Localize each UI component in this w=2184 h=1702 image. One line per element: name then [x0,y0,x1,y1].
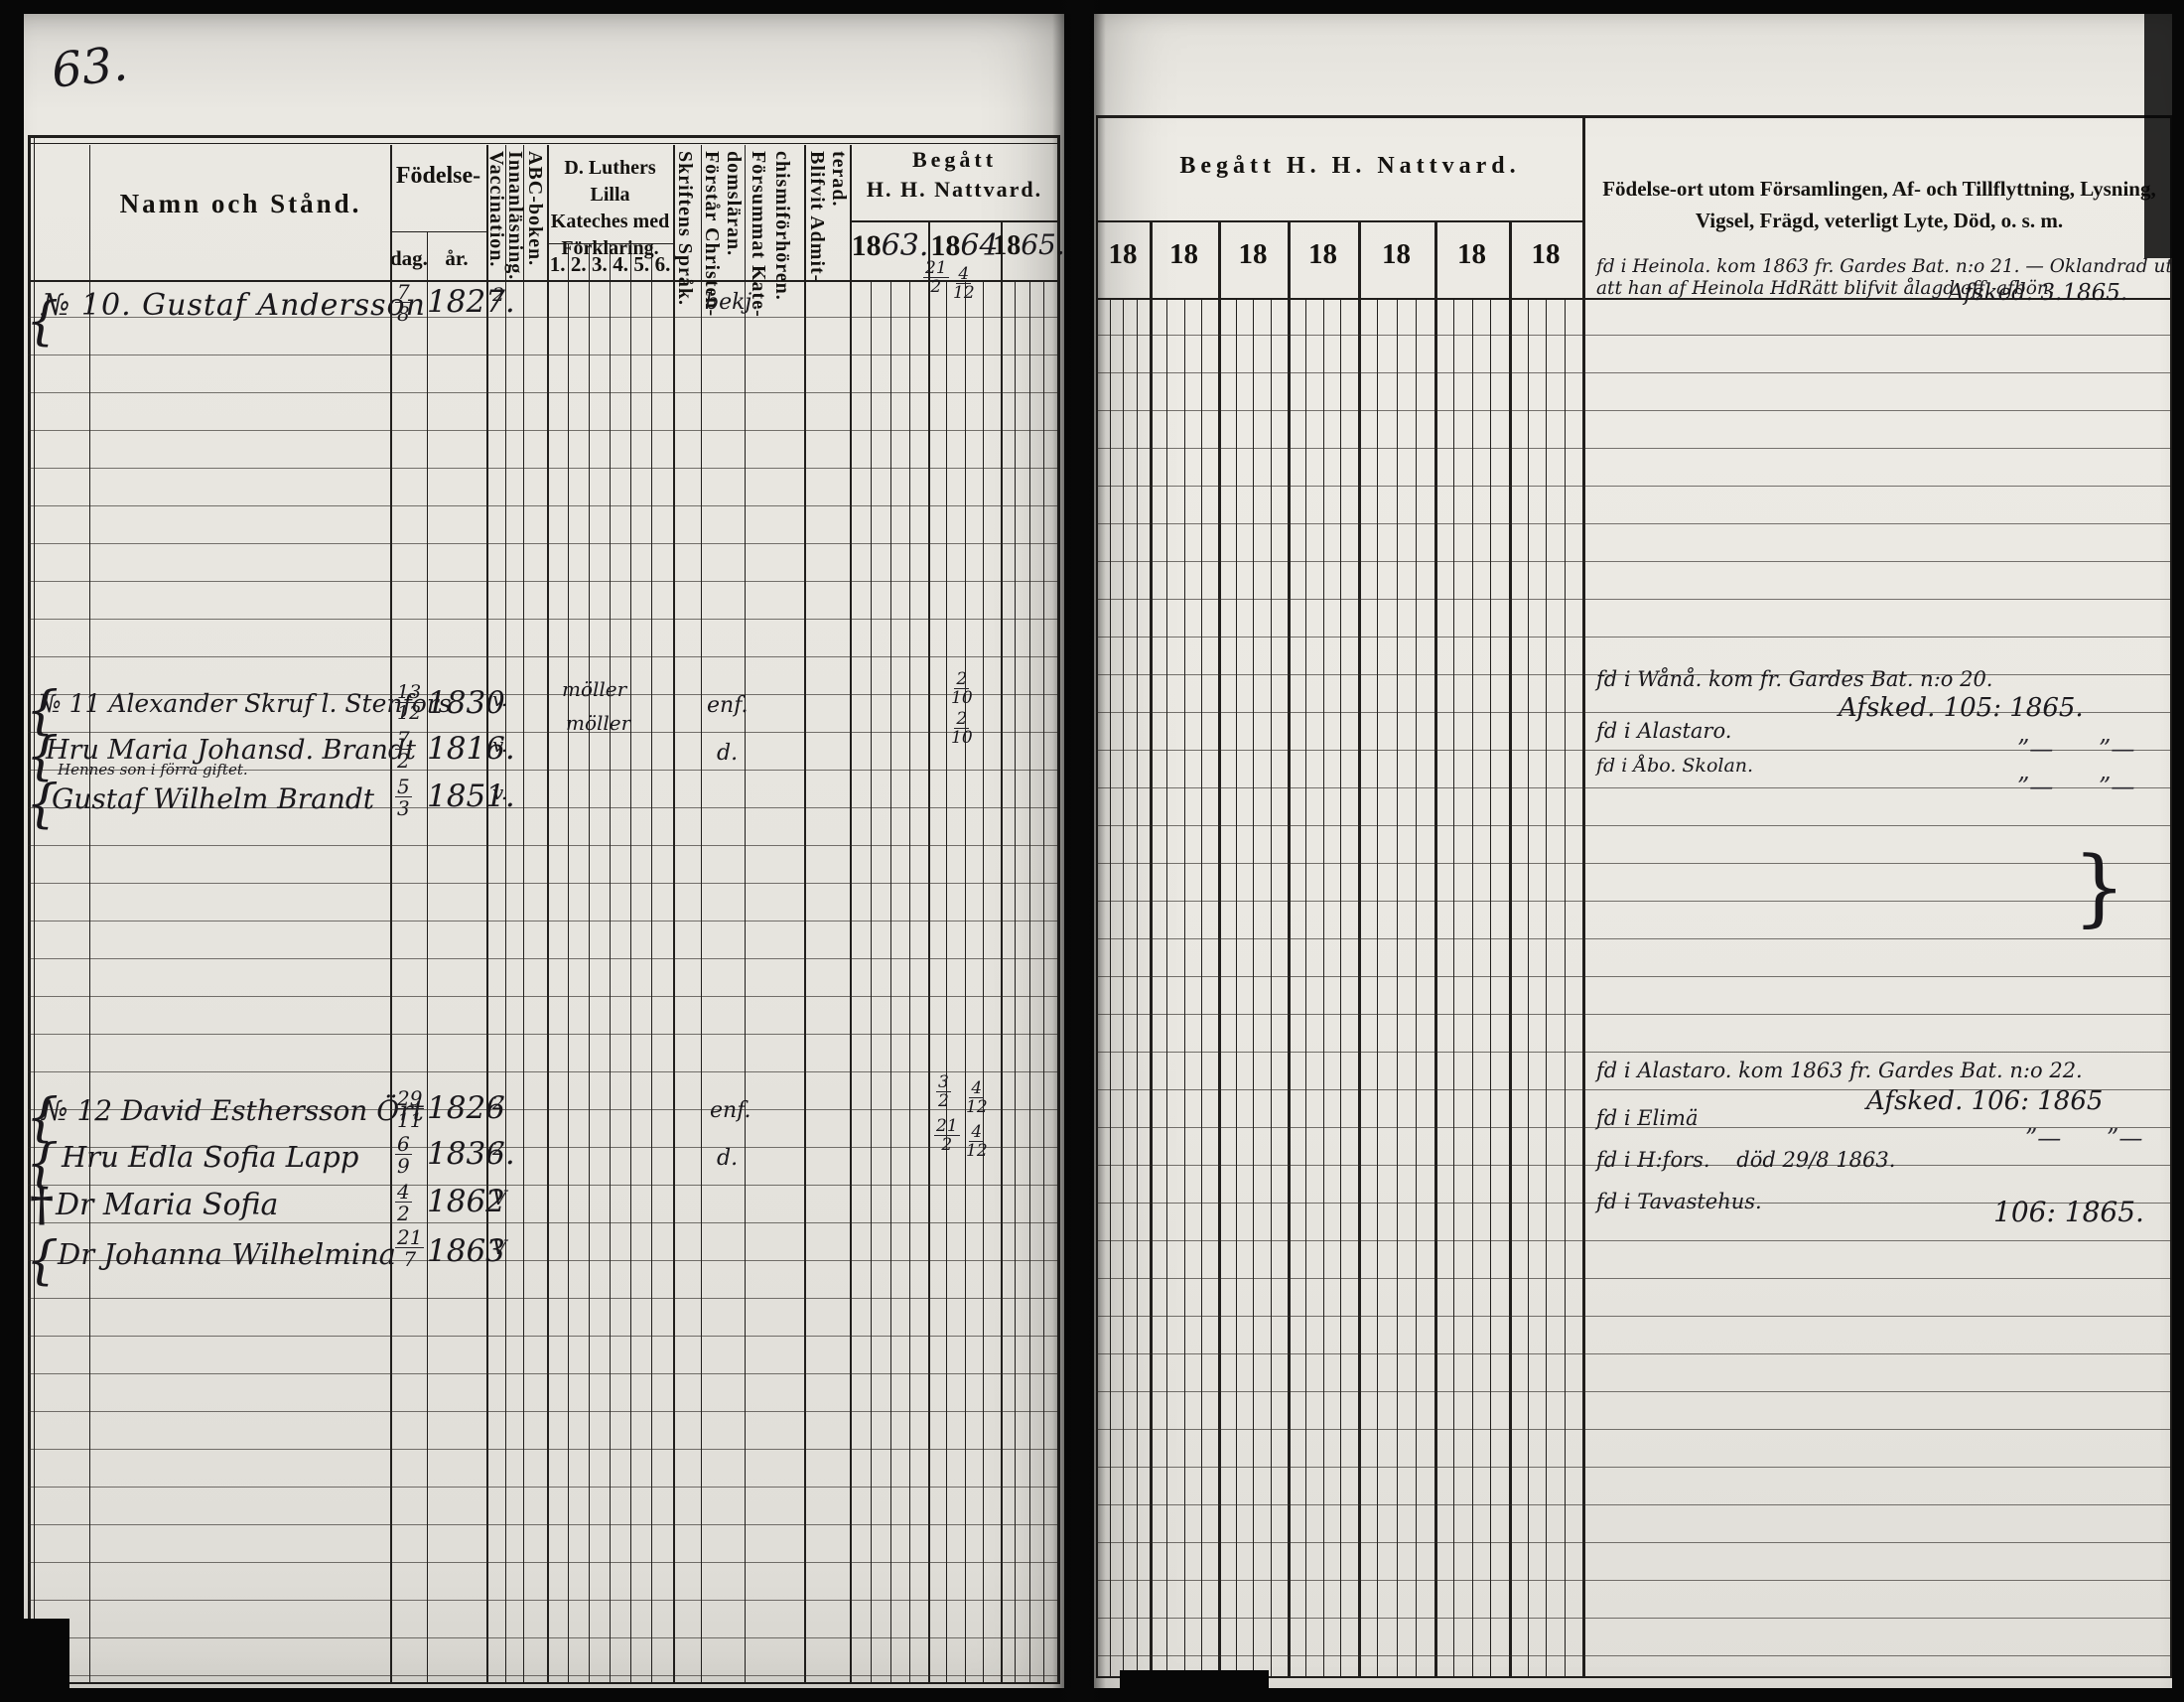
luthers-col-5: 5. [631,252,652,277]
entry-note: fd i Elimä [1596,1106,1698,1130]
header-blifvit-line1: Blifvit Admit- [806,151,828,282]
entry-note-afsked: Afsked. 3.1865. [1948,280,2127,306]
entry-vaccination-mark: V [492,1186,506,1209]
grid-line-h [28,1682,1057,1684]
entry-note: fd i Alastaro. kom 1863 fr. Gardes Bat. … [1596,1059,2083,1082]
ditto-marks: ”— ”— [2025,1124,2142,1152]
grid-line-h [28,280,1057,282]
entry-name: Dr Johanna Wilhelmina [58,1237,396,1271]
folio-number: 63. [49,36,130,99]
grid-line-h [390,231,486,232]
entry-birth-day: 42 [395,1182,412,1223]
entry-forstar-mark: enf. [710,1098,751,1123]
grid-line-h [28,135,1060,138]
header-vaccination: Vaccination. [484,151,505,267]
header-dag: dag. [390,246,427,271]
grid-line-h [1096,220,1582,222]
header-begatt-nattvard-right: Begått H. H. Nattvard. [1142,153,1559,180]
header-fodelse: Födelse- [390,163,486,190]
entry-birth-day: 78 [395,282,412,324]
right-year-col-3: 18 [1218,238,1288,271]
entry-birth-day: 53 [395,777,412,818]
header-begatt-left: Begått [852,147,1057,173]
communion-date: 412 [966,1080,988,1116]
communion-date: 412 [966,1124,988,1160]
entry-note: fd i H:fors. död 29/8 1863. [1596,1148,1895,1172]
luthers-col-4: 4. [611,252,631,277]
entry-name: № 12 David Esthersson Ört [42,1094,424,1127]
communion-date: 212 [923,260,949,296]
ditto-marks: ”— ”— [2017,735,2134,763]
communion-date: 210 [951,671,973,707]
grid-line-h [1096,115,2170,118]
header-blifvit-line2: terad. [828,151,850,282]
entry-vaccination-mark: 2 [492,1138,504,1160]
year-1865-printed: 18 [993,230,1021,262]
entry-birth-day: 69 [395,1134,412,1176]
interline-note: Hennes son i förra giftet. [58,761,248,779]
header-luthers-kateches: D. Luthers Lilla Kateches med Förklaring… [549,155,671,262]
entry-forstar-mark: bekj. [705,290,758,315]
year-1863-handwritten: 63. [882,228,929,263]
entry-name: Hru Edla Sofia Lapp [62,1140,358,1174]
entry-vaccination-mark: 2 [492,1092,504,1114]
ledger-scan: 63. Namn och Stånd. Födelse- dag. år. Va… [0,0,2184,1702]
entry-name: № 10. Gustaf Andersson [42,288,426,323]
left-page-ruling [28,317,1057,1682]
year-1865: 18 65. [1001,228,1057,276]
entry-forstar-mark: d. [717,1146,738,1171]
year-1863: 18 63. [852,228,928,276]
margin-brace: { [26,1231,59,1291]
entry-note: fd i Tavastehus. [1596,1190,1762,1213]
header-forsummat-line2: chismiförhören. [770,151,794,318]
entry-birth-day: 72 [395,729,412,771]
right-year-col-4: 18 [1288,238,1358,271]
entry-note: fd i Åbo. Skolan. [1596,755,1753,777]
year-1863-printed: 18 [852,229,882,263]
header-namn-och-stand: Namn och Stånd. [94,189,387,219]
scan-edge-blotch-bottomspine [1120,1670,1269,1702]
entry-name: Dr Maria Sofia [56,1188,278,1222]
entry-vaccination-mark: v. [492,687,507,711]
header-notes-line2: Vigsel, Frägd, veterligt Lyte, Död, o. s… [1598,209,2160,233]
entry-name: № 11 Alexander Skruf l. Stenfors [38,689,452,718]
communion-date: 32 [936,1074,951,1110]
entry-note: fd i Heinola. kom 1863 fr. Gardes Bat. n… [1596,256,2184,277]
entry-vaccination-mark: v. [492,733,507,757]
entry-name: Gustaf Wilhelm Brandt [52,782,374,815]
entry-birth-day: 1312 [395,683,423,723]
entry-forstar-mark: enf. [707,693,749,718]
luthers-col-6: 6. [652,252,673,277]
entry-vaccination-mark: v. [492,780,507,804]
entry-birth-day: 217 [395,1227,424,1269]
scan-edge-blotch-bottomleft [0,1619,69,1702]
right-year-col-5: 18 [1358,238,1434,271]
right-year-col-2: 18 [1150,238,1218,271]
communion-date: 412 [953,266,975,302]
header-luthers-columns: 1. 2. 3. 4. 5. 6. [547,252,673,277]
grid-line-h [28,143,1060,144]
header-skriftens-sprak: Skriftens Språk. [673,151,701,306]
header-abc-boken: ABC-boken. [523,151,547,266]
entry-luthers-note: möller [566,711,630,735]
entry-note-afsked: Afsked. 105: 1865. [1839,693,2084,723]
right-page-ruling [1096,335,2170,1677]
entry-vaccination-mark: 2 [492,284,504,306]
header-luthers-line2: Kateches med [551,211,669,232]
entry-note: fd i Alastaro. [1596,719,1731,743]
death-cross-mark: † [30,1178,54,1231]
entry-forstar-mark: d. [717,741,738,766]
header-luthers-line1: D. Luthers Lilla [564,157,655,206]
entry-vaccination-mark: V [492,1235,506,1259]
entry-note-afsked: Afsked. 106: 1865 [1866,1086,2103,1116]
entry-luthers-note: möller [562,677,626,701]
header-blifvit-admitterad: Blifvit Admit- terad. [806,151,850,282]
luthers-col-2: 2. [568,252,589,277]
right-year-col-7: 18 [1509,238,1582,271]
header-notes-line1: Födelse-ort utom Församlingen, Af- och T… [1598,177,2160,202]
entry-note: fd i Wånå. kom fr. Gardes Bat. n:o 20. [1596,667,1992,691]
scan-edge-blotch-topright [2144,0,2184,258]
header-begatt-nattvard-left: H. H. Nattvard. [852,177,1057,203]
communion-date: 210 [951,711,973,747]
ditto-marks: ”— ”— [2017,773,2134,800]
scan-edge-left [0,0,24,1702]
entry-note-afsked: 106: 1865. [1993,1196,2144,1228]
margin-squiggle: } [2073,838,2125,935]
header-ar: år. [427,246,486,271]
entry-birth-day: 2911 [395,1088,424,1130]
book-spine [1052,0,1106,1702]
luthers-col-3: 3. [589,252,610,277]
right-year-col-6: 18 [1434,238,1509,271]
luthers-col-1: 1. [547,252,568,277]
grid-line-h [850,220,1057,222]
communion-date: 212 [934,1118,960,1154]
header-innanlasning: Innanläsning. [503,151,523,280]
